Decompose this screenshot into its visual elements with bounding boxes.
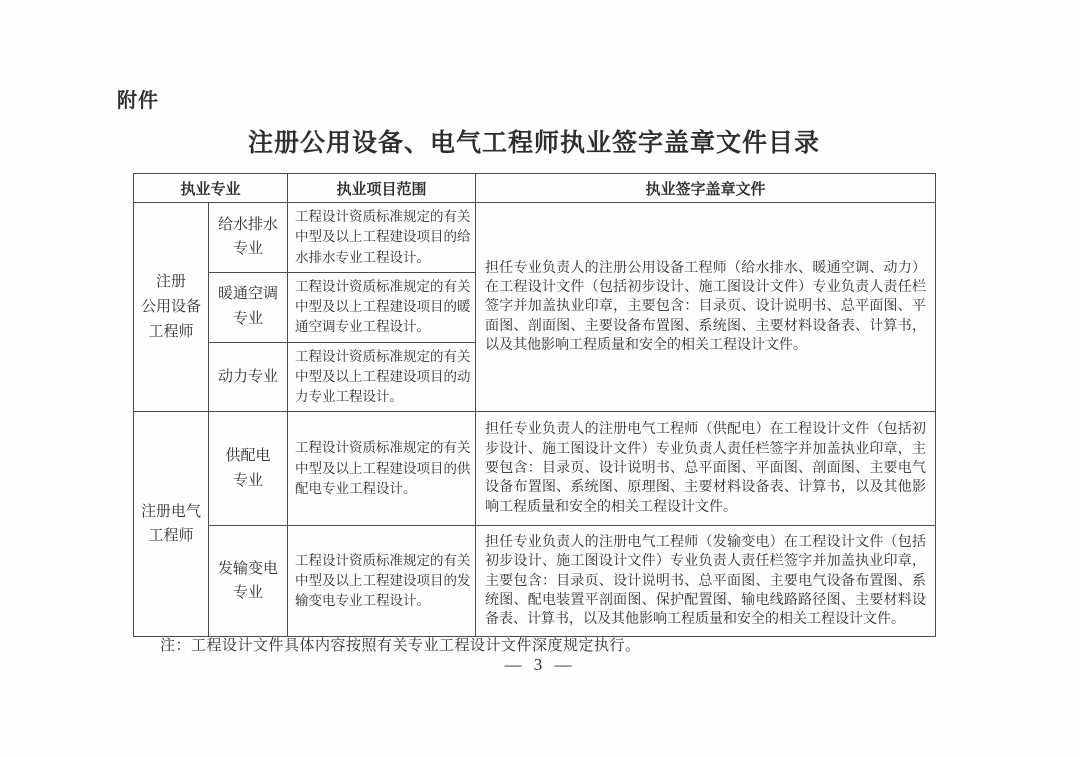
document-page: 附件 注册公用设备、电气工程师执业签字盖章文件目录 执业专业 执业项目范围 执业… <box>0 0 1080 757</box>
group-cell-electrical-engineer: 注册电气 工程师 <box>134 412 209 637</box>
scope-cell-power-transmission: 工程设计资质标准规定的有关中型及以上工程建设项目的发输变电专业工程设计。 <box>288 526 476 637</box>
documents-cell-power-supply-distribution: 担任专业负责人的注册电气工程师（供配电）在工程设计文件（包括初步设计、施工图设计… <box>476 412 936 526</box>
specialty-cell-power-transmission: 发输变电 专业 <box>209 526 288 637</box>
page-number: — 3 — <box>0 655 1080 675</box>
scope-cell-power: 工程设计资质标准规定的有关中型及以上工程建设项目的动力专业工程设计。 <box>288 342 476 412</box>
specialty-cell-water-supply-drainage: 给水排水 专业 <box>209 203 288 273</box>
table-row: 发输变电 专业 工程设计资质标准规定的有关中型及以上工程建设项目的发输变电专业工… <box>134 526 936 637</box>
signature-seal-documents-table: 执业专业 执业项目范围 执业签字盖章文件 注册 公用设备 工程师 给水排水 专业… <box>133 173 936 637</box>
header-signature-documents: 执业签字盖章文件 <box>476 174 936 203</box>
documents-cell-power-transmission: 担任专业负责人的注册电气工程师（发输变电）在工程设计文件（包括初步设计、施工图设… <box>476 526 936 637</box>
table-row: 注册电气 工程师 供配电 专业 工程设计资质标准规定的有关中型及以上工程建设项目… <box>134 412 936 526</box>
specialty-cell-power: 动力专业 <box>209 342 288 412</box>
header-profession: 执业专业 <box>134 174 288 203</box>
table-row: 注册 公用设备 工程师 给水排水 专业 工程设计资质标准规定的有关中型及以上工程… <box>134 203 936 273</box>
document-title: 注册公用设备、电气工程师执业签字盖章文件目录 <box>133 123 935 159</box>
attachment-label: 附件 <box>117 84 159 113</box>
specialty-cell-hvac: 暖通空调 专业 <box>209 272 288 342</box>
specialty-cell-power-supply-distribution: 供配电 专业 <box>209 412 288 526</box>
header-project-scope: 执业项目范围 <box>288 174 476 203</box>
group-cell-public-equipment-engineer: 注册 公用设备 工程师 <box>134 203 209 412</box>
documents-cell-public-equipment: 担任专业负责人的注册公用设备工程师（给水排水、暖通空调、动力）在工程设计文件（包… <box>476 203 936 412</box>
scope-cell-hvac: 工程设计资质标准规定的有关中型及以上工程建设项目的暖通空调专业工程设计。 <box>288 272 476 342</box>
scope-cell-power-supply-distribution: 工程设计资质标准规定的有关中型及以上工程建设项目的供配电专业工程设计。 <box>288 412 476 526</box>
scope-cell-water-supply-drainage: 工程设计资质标准规定的有关中型及以上工程建设项目的给水排水专业工程设计。 <box>288 203 476 273</box>
table-header-row: 执业专业 执业项目范围 执业签字盖章文件 <box>134 174 936 203</box>
footnote: 注：工程设计文件具体内容按照有关专业工程设计文件深度规定执行。 <box>160 634 641 655</box>
